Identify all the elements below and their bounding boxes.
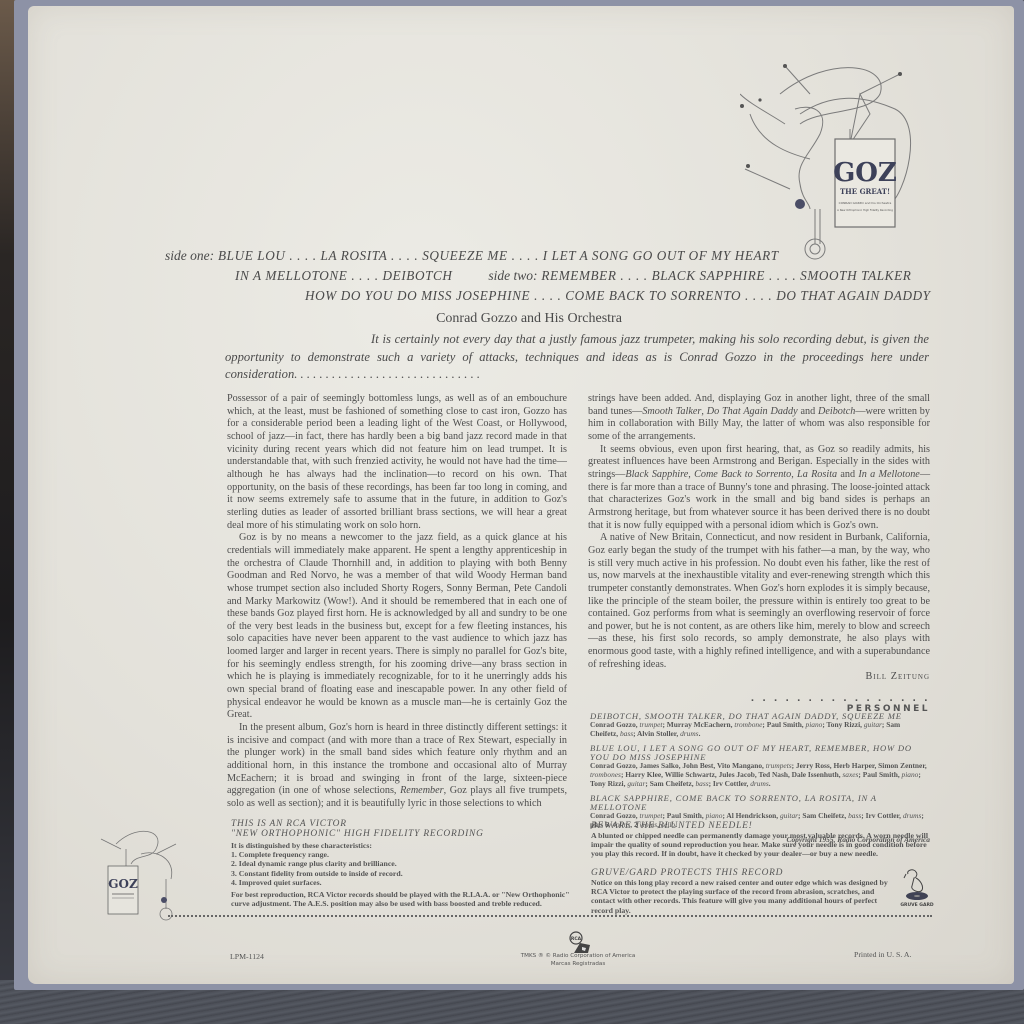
needle-notice: BEWARE THE BLUNTED NEEDLE! A blunted or …: [591, 821, 931, 859]
tracklist-line-3: HOW DO YOU DO MISS JOSEPHINE . . . . COM…: [305, 288, 931, 304]
svg-text:RCA: RCA: [571, 936, 582, 942]
personnel-songs: BLUE LOU, I LET A SONG GO OUT OF MY HEAR…: [590, 744, 930, 762]
rca-notice-reproduction: For best reproduction, RCA Victor record…: [231, 890, 571, 908]
tracklist-line-1: side one: BLUE LOU . . . . LA ROSITA . .…: [165, 248, 779, 264]
rca-notice: THIS IS AN RCA VICTOR "NEW ORTHOPHONIC" …: [231, 819, 571, 908]
trademark-line1: TMKS ® © Radio Corporation of America: [498, 953, 658, 961]
liner-paragraph: It seems obvious, even upon first hearin…: [588, 444, 930, 533]
intro-paragraph: It is certainly not every day that a jus…: [225, 331, 929, 384]
liner-notes-left-column: Possessor of a pair of seemingly bottoml…: [227, 393, 567, 811]
rca-notice-item: 1. Complete frequency range.: [231, 850, 571, 859]
liner-notes-right-column: strings have been added. And, displaying…: [588, 393, 930, 684]
goz-trumpeter-unicycle-icon-small: GOZ: [96, 824, 186, 924]
rca-notice-item: 4. Improved quiet surfaces.: [231, 878, 571, 887]
artist-name: Conrad Gozzo and His Orchestra: [28, 311, 1022, 327]
liner-paragraph: Possessor of a pair of seemingly bottoml…: [227, 393, 567, 532]
side-one-label: side one:: [165, 248, 214, 263]
side-one-tracks: BLUE LOU . . . . LA ROSITA . . . . SQUEE…: [218, 248, 779, 263]
liner-paragraph: A native of New Britain, Connecticut, an…: [588, 532, 930, 671]
trademark-line2: Marcas Registradas: [498, 961, 658, 969]
svg-text:GOZ: GOZ: [108, 877, 138, 891]
side-one-tracks-cont: IN A MELLOTONE . . . . DEIBOTCH: [235, 268, 453, 283]
author-signature: Bill Zeitung: [866, 671, 931, 684]
liner-paragraph: strings have been added. And, displaying…: [588, 393, 930, 444]
rca-notice-item: 3. Constant fidelity from outside to ins…: [231, 869, 571, 878]
needle-notice-heading: BEWARE THE BLUNTED NEEDLE!: [591, 821, 931, 831]
banner-subtitle: THE GREAT!: [840, 187, 890, 196]
gruve-gard-text: Notice on this long play record a new ra…: [591, 878, 891, 915]
dotted-divider: [168, 915, 932, 917]
rca-notice-intro: It is distinguished by these characteris…: [231, 841, 571, 850]
gruve-gard-notice: GRUVE/GARD PROTECTS THIS RECORD Notice o…: [591, 868, 891, 915]
album-back-cover: GOZ THE GREAT! CONRAD GOZZO and his Orch…: [28, 6, 1014, 984]
personnel-group: BLUE LOU, I LET A SONG GO OUT OF MY HEAR…: [590, 744, 930, 788]
printed-in: Printed in U. S. A.: [854, 950, 911, 959]
side-two-tracks: REMEMBER . . . . BLACK SAPPHIRE . . . . …: [541, 268, 911, 283]
personnel-members: Conrad Gozzo, James Salko, John Best, Vi…: [590, 762, 930, 788]
trademark-notice: TMKS ® © Radio Corporation of America Ma…: [498, 953, 658, 968]
rca-notice-subheading: "NEW ORTHOPHONIC" HIGH FIDELITY RECORDIN…: [231, 829, 571, 839]
nipper-dog-icon: GRUVE GARD: [900, 868, 934, 908]
personnel-group: DEIBOTCH, SMOOTH TALKER, DO THAT AGAIN D…: [590, 712, 930, 738]
needle-notice-text: A blunted or chipped needle can permanen…: [591, 831, 931, 859]
banner-title: GOZ: [833, 158, 897, 188]
rca-notice-item: 2. Ideal dynamic range plus clarity and …: [231, 859, 571, 868]
banner-line1: CONRAD GOZZO and his Orchestra: [839, 201, 892, 205]
personnel-members: Conrad Gozzo, trumpet; Murray McEachern,…: [590, 721, 930, 739]
rca-notice-heading: THIS IS AN RCA VICTOR: [231, 819, 571, 829]
gruve-gard-heading: GRUVE/GARD PROTECTS THIS RECORD: [591, 868, 891, 878]
banner-line2: A New Orthophonic High Fidelity Recordin…: [837, 208, 893, 212]
liner-paragraph: Goz is by no means a newcomer to the jaz…: [227, 532, 567, 722]
gruve-gard-badge: GRUVE GARD: [900, 902, 934, 908]
side-two-label: side two:: [488, 268, 537, 283]
personnel-songs: BLACK SAPPHIRE, COME BACK TO SORRENTO, L…: [590, 794, 930, 812]
liner-paragraph: In the present album, Goz's horn is hear…: [227, 722, 567, 811]
catalog-number: LPM-1124: [230, 952, 264, 961]
goz-trumpeter-unicycle-icon: GOZ THE GREAT! CONRAD GOZZO and his Orch…: [740, 54, 940, 269]
side-two-tracks-cont: HOW DO YOU DO MISS JOSEPHINE . . . . COM…: [305, 288, 931, 303]
tracklist-line-2: IN A MELLOTONE . . . . DEIBOTCH side two…: [235, 268, 911, 284]
